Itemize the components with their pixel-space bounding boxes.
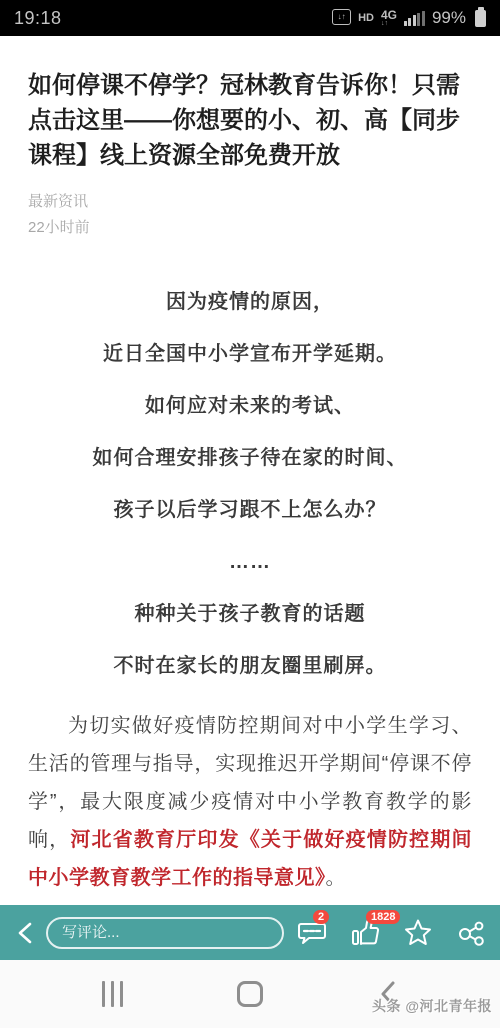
status-bar: 19:18 ↓↑ HD 4G ↓↑ 99% <box>0 0 500 36</box>
signal-bars-icon <box>404 11 425 26</box>
body-line: 如何合理安排孩子待在家的时间、 <box>28 447 472 469</box>
recents-button[interactable] <box>90 978 134 1010</box>
battery-percent: 99% <box>432 8 466 28</box>
like-count-badge: 1828 <box>366 910 400 924</box>
battery-icon <box>475 10 486 27</box>
body-line: 不时在家长的朋友圈里刷屏。 <box>28 655 472 677</box>
paragraph-highlighted-text: 河北省教育厅印发《关于做好疫情防控期间中小学教育教学工作的指导意见》 <box>28 829 472 889</box>
article-body-centered: 因为疫情的原因， 近日全国中小学宣布开学延期。 如何应对未来的考试、 如何合理安… <box>28 291 472 677</box>
toolbar-actions: 2 1828 <box>297 918 486 948</box>
article-title: 如何停课不停学？冠林教育告诉你！只需点击这里——你想要的小、初、高【同步课程】线… <box>28 36 472 173</box>
body-line-ellipsis: …… <box>28 551 472 573</box>
hd-indicator: HD <box>358 12 374 24</box>
article-timestamp: 22小时前 <box>28 215 472 241</box>
comment-bubble-icon[interactable]: 2 <box>297 918 327 948</box>
network-arrows-icon: ↓↑ <box>381 20 388 27</box>
back-chevron-icon[interactable] <box>14 921 36 945</box>
share-icon[interactable] <box>456 918 486 948</box>
status-time: 19:18 <box>14 8 62 29</box>
home-button[interactable] <box>228 978 272 1010</box>
article-content: 如何停课不停学？冠林教育告诉你！只需点击这里——你想要的小、初、高【同步课程】线… <box>0 36 500 897</box>
body-line: 孩子以后学习跟不上怎么办？ <box>28 499 472 521</box>
article-meta: 最新资讯 22小时前 <box>28 189 472 241</box>
comment-input[interactable] <box>46 917 284 949</box>
thumbs-up-icon[interactable]: 1828 <box>350 918 380 948</box>
paragraph-period: 。 <box>326 867 347 889</box>
body-line: 种种关于孩子教育的话题 <box>28 603 472 625</box>
body-line: 如何应对未来的考试、 <box>28 395 472 417</box>
android-nav-bar: 头条 @河北青年报 <box>0 960 500 1028</box>
status-indicators: ↓↑ HD 4G ↓↑ 99% <box>332 8 486 28</box>
article-paragraph: 为切实做好疫情防控期间对中小学生学习、生活的管理与指导，实现推迟开学期间“停课不… <box>28 707 472 897</box>
watermark: 头条 @河北青年报 <box>372 996 492 1016</box>
body-line: 近日全国中小学宣布开学延期。 <box>28 343 472 365</box>
comment-toolbar: 2 1828 <box>0 905 500 960</box>
message-sync-icon: ↓↑ <box>332 9 351 25</box>
star-icon[interactable] <box>403 918 433 948</box>
comment-count-badge: 2 <box>313 910 329 924</box>
article-source: 最新资讯 <box>28 189 472 215</box>
phone-screen: 19:18 ↓↑ HD 4G ↓↑ 99% 如何停课不停学？冠林教育告诉你！只需… <box>0 0 500 1028</box>
network-4g-indicator: 4G ↓↑ <box>381 9 397 27</box>
body-line: 因为疫情的原因， <box>28 291 472 313</box>
